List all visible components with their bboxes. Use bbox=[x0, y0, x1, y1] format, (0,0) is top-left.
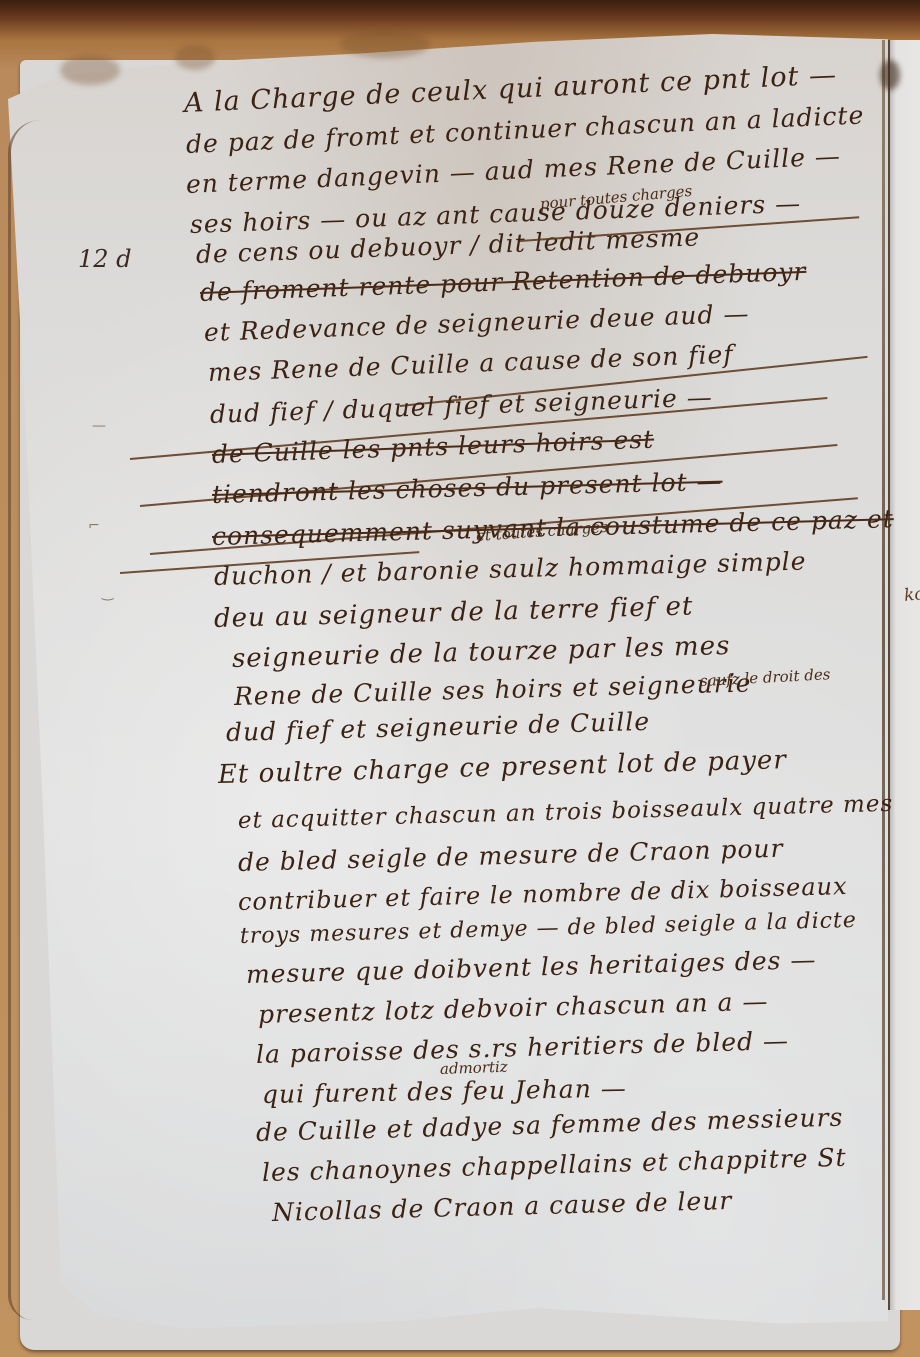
adjacent-page-strip bbox=[888, 40, 920, 1310]
stain bbox=[340, 30, 430, 58]
adjacent-page-fragment: ko bbox=[903, 584, 920, 606]
stain bbox=[175, 45, 215, 70]
margin-note: 12 d bbox=[78, 245, 132, 273]
margin-mark: ‿ bbox=[102, 585, 113, 601]
stain bbox=[880, 60, 900, 90]
margin-mark: — bbox=[92, 418, 106, 434]
margin-mark: ⌐ bbox=[88, 518, 100, 534]
stain bbox=[60, 55, 120, 85]
photo-scene: ko 12 d — ⌐ ‿ A la Charge de ceulx qui a… bbox=[0, 0, 920, 1357]
page-edge bbox=[8, 120, 41, 1320]
page-fold bbox=[882, 40, 885, 1300]
